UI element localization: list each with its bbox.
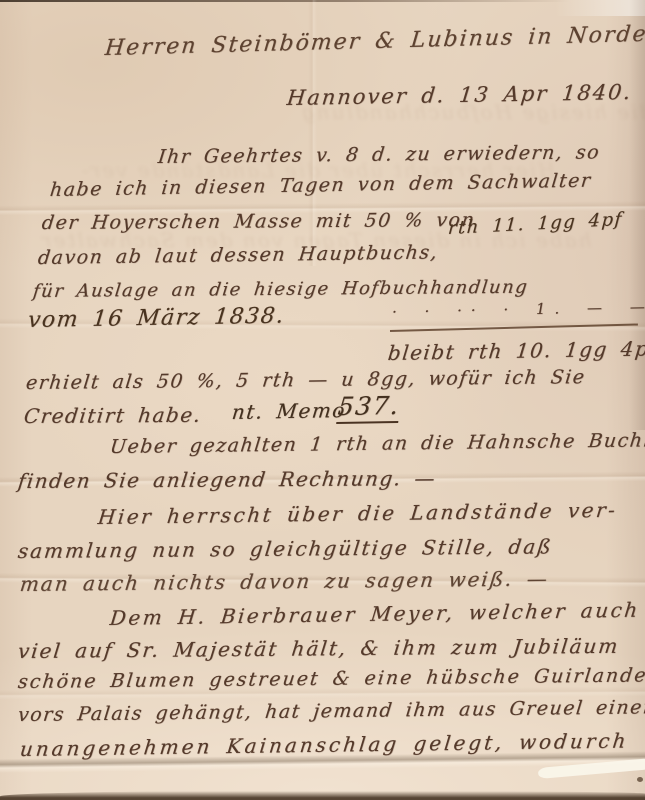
- body-line: Ihr Geehrtes v. 8 d. zu erwiedern, so: [157, 141, 602, 168]
- body-line: Dem H. Bierbrauer Meyer, welcher auch: [109, 598, 641, 630]
- addressee-line: Herren Steinbömer & Lubinus in Norden: [104, 21, 645, 61]
- sum-underline: [390, 324, 638, 332]
- memo-number-value: 537.: [336, 391, 401, 424]
- edge-speck: [637, 777, 643, 782]
- right-edge-band: [629, 0, 645, 430]
- sum-marks: · · ·· · 1. — —: [392, 298, 645, 321]
- body-line: Ueber gezahlten 1 rth an die Hahnsche Bu…: [109, 428, 645, 458]
- body-line: davon ab laut dessen Hauptbuchs,: [37, 241, 440, 269]
- letter-scan-page: für Auslage an die hiesige Hofbuchhandlu…: [0, 0, 645, 800]
- body-line: unangenehmen Kainanschlag gelegt, wodurc…: [19, 728, 630, 761]
- body-line: erhielt als 50 %, 5 rth — u 8gg, wofür i…: [25, 366, 587, 394]
- body-line: man auch nichts davon zu sagen weiß. —: [19, 566, 551, 596]
- date-figure-line: vom 16 März 1838.: [27, 303, 286, 333]
- body-line: sammlung nun so gleichgültige Stille, da…: [17, 534, 554, 563]
- bottom-edge-shadow: [0, 791, 645, 800]
- body-line: schöne Blumen gestreuet & eine hübsche G…: [17, 664, 645, 693]
- body-line: viel auf Sr. Majestät hält, & ihm zum Ju…: [17, 634, 621, 663]
- top-edge-shadow: [0, 0, 570, 2]
- body-line: Hier herrscht über die Landstände ver-: [97, 498, 619, 529]
- body-line: der Hoyerschen Masse mit 50 % von: [41, 209, 477, 234]
- remainder-figure: bleibt rth 10. 1gg 4pf: [387, 336, 645, 365]
- body-line: Creditirt habe.: [23, 403, 203, 428]
- memo-number: 537.: [336, 391, 401, 421]
- memo-label: nt. Memo: [231, 398, 347, 424]
- paper-tear-highlight: [538, 758, 645, 779]
- body-line: finden Sie anliegend Rechnung. —: [17, 466, 438, 493]
- body-line: für Auslage an die hiesige Hofbuchhandlu…: [32, 277, 530, 302]
- body-line: vors Palais gehängt, hat jemand ihm aus …: [17, 696, 645, 726]
